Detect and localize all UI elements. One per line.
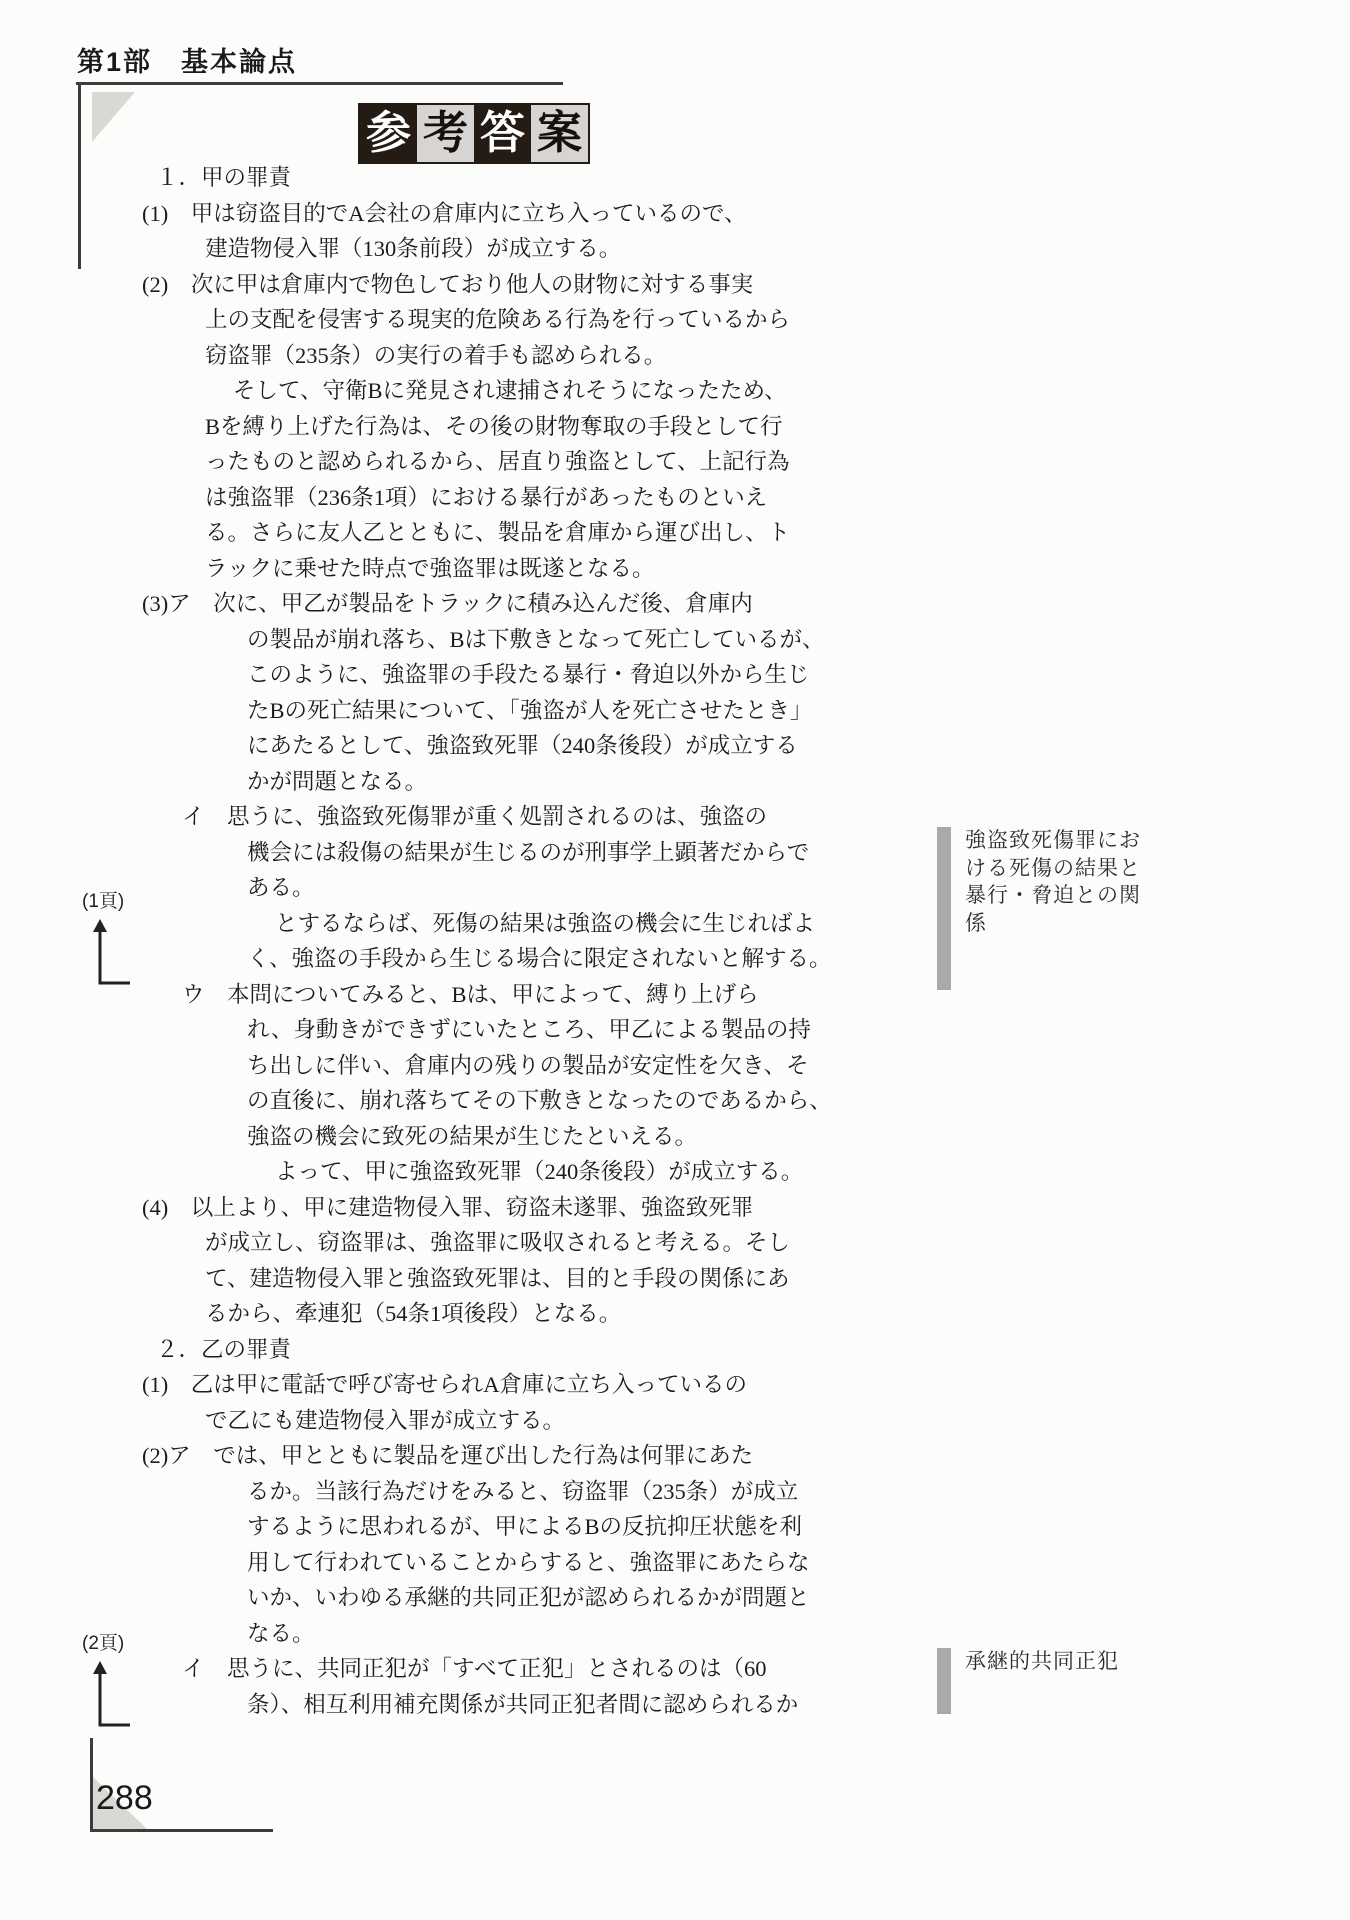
margin-note: 承継的共同正犯 [937, 1648, 1149, 1714]
page-break-label: (2頁) [82, 1628, 152, 1655]
reference-answer-title: 参 考 答 案 [358, 103, 590, 164]
text-line: ち出しに伴い、倉庫内の残りの製品が安定性を欠き、そ [142, 1048, 842, 1084]
text-line: ある。 [142, 870, 842, 906]
text-line: たBの死亡結果について、「強盗が人を死亡させたとき」 [142, 693, 842, 729]
text-line: 窃盗罪（235条）の実行の着手も認められる。 [142, 338, 842, 374]
text-line: は強盗罪（236条1項）における暴行があったものといえ [142, 480, 842, 516]
note-text: 強盗致死傷罪における死傷の結果と暴行・脅迫との関係 [965, 827, 1149, 937]
page-number: 288 [96, 1779, 153, 1818]
text-line: (2) 次に甲は倉庫内で物色しており他人の財物に対する事実 [142, 267, 842, 303]
note-text: 承継的共同正犯 [965, 1648, 1149, 1676]
page-break-marker: (2頁) [82, 1628, 152, 1731]
text-line: が成立し、窃盗罪は、強盗罪に吸収されると考える。そし [142, 1225, 842, 1261]
text-line: で乙にも建造物侵入罪が成立する。 [142, 1403, 842, 1439]
page-break-marker: (1頁) [82, 886, 152, 989]
text-line: するように思われるが、甲によるBの反抗抑圧状態を利 [142, 1509, 842, 1545]
corner-triangle-top [92, 92, 135, 142]
text-line: イ 思うに、強盗致死傷罪が重く処罰されるのは、強盗の [142, 799, 842, 835]
text-line: の直後に、崩れ落ちてその下敷きとなったのであるから、 [142, 1083, 842, 1119]
title-char-box: 答 [474, 105, 531, 162]
note-bar [937, 1648, 951, 1714]
text-line: １．甲の罪責 [142, 160, 842, 196]
text-line: (4) 以上より、甲に建造物侵入罪、窃盗未遂罪、強盗致死罪 [142, 1190, 842, 1226]
text-line: なる。 [142, 1616, 842, 1652]
text-line: Bを縛り上げた行為は、その後の財物奪取の手段として行 [142, 409, 842, 445]
text-line: く、強盗の手段から生じる場合に限定されないと解する。 [142, 941, 842, 977]
text-line: の製品が崩れ落ち、Bは下敷きとなって死亡しているが、 [142, 622, 842, 658]
title-char-box: 案 [531, 105, 588, 162]
text-line: 機会には殺傷の結果が生じるのが刑事学上顕著だからで [142, 835, 842, 871]
text-line: とするならば、死傷の結果は強盗の機会に生じればよ [142, 906, 842, 942]
text-line: ウ 本問についてみると、Bは、甲によって、縛り上げら [142, 977, 842, 1013]
text-line: るから、牽連犯（54条1項後段）となる。 [142, 1296, 842, 1332]
left-rule-top [78, 84, 81, 269]
note-bar [937, 827, 951, 990]
text-line: て、建造物侵入罪と強盗致死罪は、目的と手段の関係にあ [142, 1261, 842, 1297]
text-line: (1) 甲は窃盗目的でA会社の倉庫内に立ち入っているので、 [142, 196, 842, 232]
text-line: るか。当該行為だけをみると、窃盗罪（235条）が成立 [142, 1474, 842, 1510]
text-line: このように、強盗罪の手段たる暴行・脅迫以外から生じ [142, 657, 842, 693]
page-break-label: (1頁) [82, 886, 152, 913]
text-line: (1) 乙は甲に電話で呼び寄せられA倉庫に立ち入っているの [142, 1367, 842, 1403]
footer-rule [90, 1829, 273, 1832]
text-line: 強盗の機会に致死の結果が生じたといえる。 [142, 1119, 842, 1155]
text-line: れ、身動きができずにいたところ、甲乙による製品の持 [142, 1012, 842, 1048]
header-rule [76, 82, 563, 85]
text-line: かが問題となる。 [142, 764, 842, 800]
up-arrow-icon [90, 1659, 132, 1731]
text-line: 用して行われていることからすると、強盗罪にあたらな [142, 1545, 842, 1581]
text-line: そして、守衛Bに発見され逮捕されそうになったため、 [142, 373, 842, 409]
up-arrow-icon [90, 917, 132, 989]
text-line: 条）、相互利用補充関係が共同正犯者間に認められるか [142, 1687, 842, 1723]
text-line: いか、いわゆる承継的共同正犯が認められるかが問題と [142, 1580, 842, 1616]
title-char-box: 参 [360, 105, 417, 162]
text-line: ラックに乗せた時点で強盗罪は既遂となる。 [142, 551, 842, 587]
text-line: ったものと認められるから、居直り強盗として、上記行為 [142, 444, 842, 480]
text-line: る。さらに友人乙とともに、製品を倉庫から運び出し、ト [142, 515, 842, 551]
text-line: 建造物侵入罪（130条前段）が成立する。 [142, 231, 842, 267]
margin-note: 強盗致死傷罪における死傷の結果と暴行・脅迫との関係 [937, 827, 1149, 990]
title-char-box: 考 [417, 105, 474, 162]
text-line: (2)ア では、甲とともに製品を運び出した行為は何罪にあた [142, 1438, 842, 1474]
text-line: にあたるとして、強盗致死罪（240条後段）が成立する [142, 728, 842, 764]
answer-body: １．甲の罪責(1) 甲は窃盗目的でA会社の倉庫内に立ち入っているので、建造物侵入… [142, 160, 842, 1722]
part-header: 第1部 基本論点 [77, 40, 297, 79]
text-line: よって、甲に強盗致死罪（240条後段）が成立する。 [142, 1154, 842, 1190]
text-line: (3)ア 次に、甲乙が製品をトラックに積み込んだ後、倉庫内 [142, 586, 842, 622]
text-line: ２．乙の罪責 [142, 1332, 842, 1368]
text-line: 上の支配を侵害する現実的危険ある行為を行っているから [142, 302, 842, 338]
book-page: 第1部 基本論点 参 考 答 案 １．甲の罪責(1) 甲は窃盗目的でA会社の倉庫… [0, 0, 1350, 1920]
text-line: イ 思うに、共同正犯が「すべて正犯」とされるのは（60 [142, 1651, 842, 1687]
